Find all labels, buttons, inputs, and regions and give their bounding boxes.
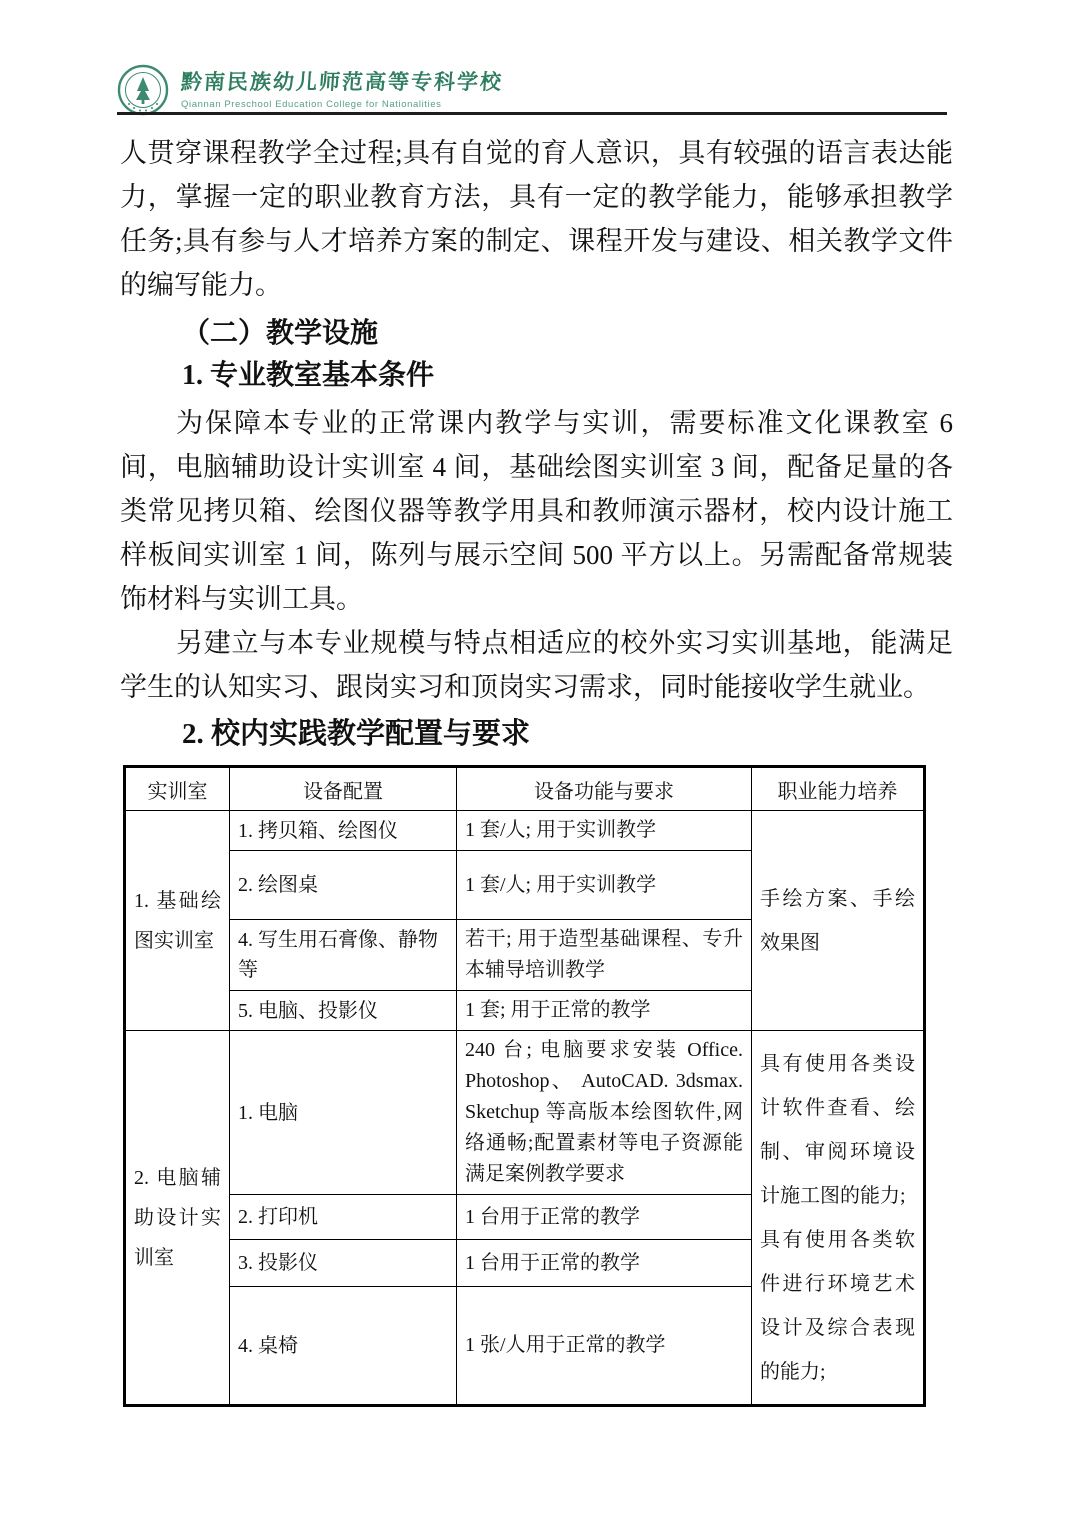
capability-cell-hand-drawing: 手绘方案、手绘效果图 <box>752 811 925 1031</box>
college-brand: 黔南民族幼儿师范高等专科学校 Qiannan Preschool Educati… <box>181 64 503 110</box>
college-name: 黔南民族幼儿师范高等专科学校 <box>180 66 504 96</box>
requirement-cell: 若干; 用于造型基础课程、专升本辅导培训教学 <box>457 920 752 991</box>
requirement-cell: 1 台用于正常的教学 <box>457 1195 752 1240</box>
device-cell: 2. 绘图桌 <box>230 851 457 920</box>
college-name-english: Qiannan Preschool Education College for … <box>181 99 503 110</box>
document-content: 人贯穿课程教学全过程;具有自觉的育人意识，具有较强的语言表达能力，掌握一定的职业… <box>120 131 953 1407</box>
header-divider-line <box>117 112 947 115</box>
header-vocational-ability: 职业能力培养 <box>752 767 925 811</box>
device-cell: 2. 打印机 <box>230 1195 457 1240</box>
requirement-cell: 1 套/人; 用于实训教学 <box>457 851 752 920</box>
device-cell: 1. 拷贝箱、绘图仪 <box>230 811 457 851</box>
table-row: 2. 电脑辅助设计实训室 1. 电脑 240 台; 电脑要求安装 Office.… <box>125 1031 925 1195</box>
requirement-cell: 1 套/人; 用于实训教学 <box>457 811 752 851</box>
capability-cell-software-skills: 具有使用各类设计软件查看、绘制、审阅环境设计施工图的能力; 具有使用各类软件进行… <box>752 1031 925 1406</box>
table-header-row: 实训室 设备配置 设备功能与要求 职业能力培养 <box>125 767 925 811</box>
header-equipment-function: 设备功能与要求 <box>457 767 752 811</box>
heading-teaching-facilities: （二）教学设施 <box>182 317 953 351</box>
capability-text-2: 具有使用各类软件进行环境艺术设计及综合表现的能力; <box>760 1218 915 1394</box>
room-cell-basic-drawing: 1. 基础绘图实训室 <box>125 811 230 1031</box>
device-cell: 1. 电脑 <box>230 1031 457 1195</box>
header-training-room: 实训室 <box>125 767 230 811</box>
college-seal-icon <box>117 64 169 116</box>
device-cell: 3. 投影仪 <box>230 1240 457 1287</box>
device-cell: 5. 电脑、投影仪 <box>230 991 457 1031</box>
heading-classroom-conditions: 1. 专业教室基本条件 <box>182 359 953 393</box>
requirement-cell: 1 套; 用于正常的教学 <box>457 991 752 1031</box>
requirement-cell: 1 台用于正常的教学 <box>457 1240 752 1287</box>
device-cell: 4. 桌椅 <box>230 1287 457 1406</box>
header-equipment-config: 设备配置 <box>230 767 457 811</box>
body-paragraph-offcampus: 另建立与本专业规模与特点相适应的校外实习实训基地，能满足学生的认知实习、跟岗实习… <box>120 621 953 709</box>
document-page: 黔南民族幼儿师范高等专科学校 Qiannan Preschool Educati… <box>0 0 1074 1520</box>
page-header: 黔南民族幼儿师范高等专科学校 Qiannan Preschool Educati… <box>117 64 503 116</box>
body-paragraph-continuation: 人贯穿课程教学全过程;具有自觉的育人意识，具有较强的语言表达能力，掌握一定的职业… <box>120 131 953 307</box>
room-cell-cad: 2. 电脑辅助设计实训室 <box>125 1031 230 1406</box>
capability-text-1: 具有使用各类设计软件查看、绘制、审阅环境设计施工图的能力; <box>760 1042 915 1218</box>
heading-practice-config: 2. 校内实践教学配置与要求 <box>182 717 953 751</box>
practice-config-table: 实训室 设备配置 设备功能与要求 职业能力培养 1. 基础绘图实训室 1. 拷贝… <box>123 765 926 1407</box>
device-cell: 4. 写生用石膏像、静物等 <box>230 920 457 991</box>
requirement-cell: 240 台; 电脑要求安装 Office. Photoshop、 AutoCAD… <box>457 1031 752 1195</box>
requirement-cell: 1 张/人用于正常的教学 <box>457 1287 752 1406</box>
table-row: 1. 基础绘图实训室 1. 拷贝箱、绘图仪 1 套/人; 用于实训教学 手绘方案… <box>125 811 925 851</box>
body-paragraph-classroom: 为保障本专业的正常课内教学与实训，需要标准文化课教室 6 间，电脑辅助设计实训室… <box>120 401 953 621</box>
